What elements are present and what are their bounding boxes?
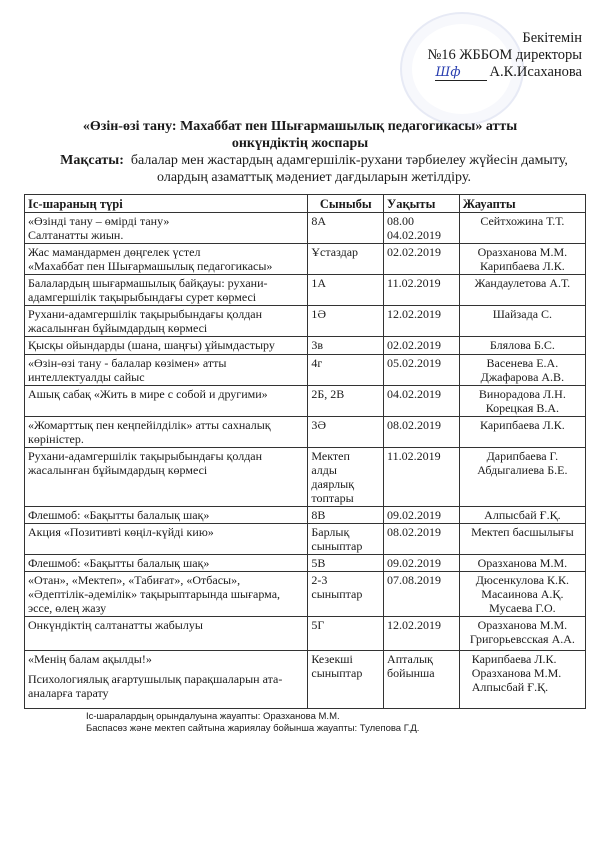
responsible-cell: Карипбаева Л.К.	[459, 417, 585, 448]
event-cell: «Отан», «Мектеп», «Табиғат», «Отбасы»,«Ә…	[25, 572, 308, 617]
table-row: Қысқы ойындарды (шана, шаңғы) ұйымдастыр…	[25, 337, 586, 355]
class-cell: 2Б, 2В	[308, 386, 384, 417]
class-cell: 4г	[308, 355, 384, 386]
signature: Шф	[435, 66, 487, 81]
table-body: «Өзінді тану – өмірді тану»Салтанатты жи…	[25, 213, 586, 709]
event-text: аналарға тарату	[28, 686, 304, 700]
director-name: А.К.Исаханова	[489, 64, 582, 80]
event-text: Балалардың шығармашылық байқауы: рухани-	[28, 276, 304, 290]
event-cell: Балалардың шығармашылық байқауы: рухани-…	[25, 275, 308, 306]
goal-statement: Мақсаты: балалар мен жастардың адамгерші…	[40, 152, 588, 186]
event-text: «Менің балам ақылды!»	[28, 652, 304, 666]
time-cell: Апталық бойынша	[384, 651, 460, 709]
event-text: Акция «Позитивті көңіл-күйді кию»	[28, 525, 304, 539]
time-cell: 07.08.2019	[384, 572, 460, 617]
time-cell: 08.02.2019	[384, 417, 460, 448]
table-row: «Өзінді тану – өмірді тану»Салтанатты жи…	[25, 213, 586, 244]
table-row: Ашық сабақ «Жить в мире с собой и другим…	[25, 386, 586, 417]
event-text: «Отан», «Мектеп», «Табиғат», «Отбасы»,	[28, 573, 304, 587]
plan-table: Іс-шараның түрі Сыныбы Уақыты Жауапты «Ө…	[24, 194, 586, 709]
event-cell: Онкүндіктің салтанатты жабылуы	[25, 617, 308, 651]
event-text: көріністер.	[28, 432, 304, 446]
table-row: «Өзін-өзі тану - балалар көзімен» аттыин…	[25, 355, 586, 386]
class-cell: Кезекші сыныптар	[308, 651, 384, 709]
title-line-1: «Өзін-өзі тану: Махаббат пен Шығармашылы…	[0, 118, 600, 135]
time-cell: 09.02.2019	[384, 555, 460, 572]
responsible-cell: Оразханова М.М. Григорьевсская А.А.	[459, 617, 585, 651]
header-class: Сыныбы	[308, 195, 384, 213]
time-cell: 02.02.2019	[384, 337, 460, 355]
responsible-cell: Дюсенкулова К.К. Масаинова А.Қ. Мусаева …	[459, 572, 585, 617]
header-time: Уақыты	[384, 195, 460, 213]
class-cell: 3Ә	[308, 417, 384, 448]
responsible-cell: Винорадова Л.Н. Корецкая В.А.	[459, 386, 585, 417]
approval-block: Бекітемін №16 ЖББОМ директоры ШфА.К.Исах…	[427, 30, 582, 81]
event-cell: Флешмоб: «Бақытты балалық шақ»	[25, 507, 308, 524]
class-cell: 8А	[308, 213, 384, 244]
time-cell: 11.02.2019	[384, 448, 460, 507]
class-cell: 3в	[308, 337, 384, 355]
event-text: Онкүндіктің салтанатты жабылуы	[28, 618, 304, 632]
class-cell: 2-3 сыныптар	[308, 572, 384, 617]
class-cell: Мектеп алды даярлық топтары	[308, 448, 384, 507]
class-cell: 1А	[308, 275, 384, 306]
event-cell: Рухани-адамгершілік тақырыбындағы қолдан…	[25, 306, 308, 337]
class-cell: Барлық сыныптар	[308, 524, 384, 555]
document-title: «Өзін-өзі тану: Махаббат пен Шығармашылы…	[0, 118, 600, 152]
responsible-cell: Карипбаева Л.К. Оразханова М.М. Алпысбай…	[459, 651, 585, 709]
responsible-cell: Оразханова М.М. Карипбаева Л.К.	[459, 244, 585, 275]
table-row: Рухани-адамгершілік тақырыбындағы қолдан…	[25, 448, 586, 507]
table-row: «Жомарттық пен кеңпейілділік» атты сахна…	[25, 417, 586, 448]
event-text: «Жомарттық пен кеңпейілділік» атты сахна…	[28, 418, 304, 432]
event-text: Флешмоб: «Бақытты балалық шақ»	[28, 556, 304, 570]
time-cell: 05.02.2019	[384, 355, 460, 386]
event-cell: «Менің балам ақылды!»Психологиялық ағарт…	[25, 651, 308, 709]
class-cell: Ұстаздар	[308, 244, 384, 275]
event-text: адамгершілік тақырыбындағы сурет көрмесі	[28, 290, 304, 304]
event-cell: «Өзін-өзі тану - балалар көзімен» аттыин…	[25, 355, 308, 386]
event-text: «Өзін-өзі тану - балалар көзімен» атты	[28, 356, 304, 370]
event-cell: Рухани-адамгершілік тақырыбындағы қолдан…	[25, 448, 308, 507]
event-text: эссе, өлең жазу	[28, 601, 304, 615]
event-text: Ашық сабақ «Жить в мире с собой и другим…	[28, 387, 304, 401]
approval-position: №16 ЖББОМ директоры	[427, 47, 582, 64]
event-text: Рухани-адамгершілік тақырыбындағы қолдан	[28, 449, 304, 463]
table-row: Флешмоб: «Бақытты балалық шақ»5В09.02.20…	[25, 555, 586, 572]
event-cell: Акция «Позитивті көңіл-күйді кию»	[25, 524, 308, 555]
goal-line-2: олардың азаматтық мәдениет дағдыларын же…	[40, 169, 588, 186]
time-cell: 12.02.2019	[384, 306, 460, 337]
event-text: Рухани-адамгершілік тақырыбындағы қолдан	[28, 307, 304, 321]
event-text: Жас мамандармен дөңгелек үстел	[28, 245, 304, 259]
responsible-cell: Жандаулетова А.Т.	[459, 275, 585, 306]
event-text: жасалынған бұйымдардың көрмесі	[28, 463, 304, 477]
event-text: Психологиялық ағартушылық парақшаларын а…	[28, 672, 304, 686]
responsible-cell: Алпысбай Ғ.Қ.	[459, 507, 585, 524]
approval-label: Бекітемін	[427, 30, 582, 47]
time-cell: 04.02.2019	[384, 386, 460, 417]
footer-line-2: Баспасөз және мектеп сайтына жариялау бо…	[86, 723, 419, 735]
event-text: жасалынған бұйымдардың көрмесі	[28, 321, 304, 335]
time-cell: 08.02.2019	[384, 524, 460, 555]
responsible-cell: Васенева Е.А. Джафарова А.В.	[459, 355, 585, 386]
class-cell: 5Г	[308, 617, 384, 651]
responsible-cell: Блялова Б.С.	[459, 337, 585, 355]
responsible-cell: Дарипбаева Г. Абдыгалиева Б.Е.	[459, 448, 585, 507]
table-row: Флешмоб: «Бақытты балалық шақ»8В09.02.20…	[25, 507, 586, 524]
table-row: Рухани-адамгершілік тақырыбындағы қолдан…	[25, 306, 586, 337]
time-cell: 12.02.2019	[384, 617, 460, 651]
time-cell: 02.02.2019	[384, 244, 460, 275]
event-text: Салтанатты жиын.	[28, 228, 304, 242]
class-cell: 1Ә	[308, 306, 384, 337]
table-row: Онкүндіктің салтанатты жабылуы5Г12.02.20…	[25, 617, 586, 651]
class-cell: 8В	[308, 507, 384, 524]
time-cell: 11.02.2019	[384, 275, 460, 306]
event-text: «Өзінді тану – өмірді тану»	[28, 214, 304, 228]
table-row: Жас мамандармен дөңгелек үстел«Махаббат …	[25, 244, 586, 275]
responsible-cell: Шайзада С.	[459, 306, 585, 337]
goal-line-1: балалар мен жастардың адамгершілік-рухан…	[131, 153, 568, 168]
time-cell: 08.00 04.02.2019	[384, 213, 460, 244]
table-row: «Менің балам ақылды!»Психологиялық ағарт…	[25, 651, 586, 709]
signature-line: ШфА.К.Исаханова	[435, 64, 582, 81]
responsible-cell: Оразханова М.М.	[459, 555, 585, 572]
event-cell: Қысқы ойындарды (шана, шаңғы) ұйымдастыр…	[25, 337, 308, 355]
class-cell: 5В	[308, 555, 384, 572]
footer-line-1: Іс-шаралардың орындалуына жауапты: Оразх…	[86, 711, 419, 723]
event-text: интеллектуалды сайыс	[28, 370, 304, 384]
event-cell: Флешмоб: «Бақытты балалық шақ»	[25, 555, 308, 572]
event-text: «Махаббат пен Шығармашылық педагогикасы»	[28, 259, 304, 273]
footer-notes: Іс-шаралардың орындалуына жауапты: Оразх…	[86, 711, 419, 735]
event-cell: Ашық сабақ «Жить в мире с собой и другим…	[25, 386, 308, 417]
event-text: Флешмоб: «Бақытты балалық шақ»	[28, 508, 304, 522]
event-cell: Жас мамандармен дөңгелек үстел«Махаббат …	[25, 244, 308, 275]
event-text: «Әдептілік-әдемілік» тақырыптарында шыға…	[28, 587, 304, 601]
title-line-2: онкүндіктің жоспары	[0, 135, 600, 152]
table-row: Акция «Позитивті көңіл-күйді кию»Барлық …	[25, 524, 586, 555]
header-event-type: Іс-шараның түрі	[25, 195, 308, 213]
goal-label: Мақсаты:	[60, 153, 124, 168]
time-cell: 09.02.2019	[384, 507, 460, 524]
event-cell: «Өзінді тану – өмірді тану»Салтанатты жи…	[25, 213, 308, 244]
event-text: Қысқы ойындарды (шана, шаңғы) ұйымдастыр…	[28, 338, 304, 352]
table-row: «Отан», «Мектеп», «Табиғат», «Отбасы»,«Ә…	[25, 572, 586, 617]
table-header-row: Іс-шараның түрі Сыныбы Уақыты Жауапты	[25, 195, 586, 213]
event-cell: «Жомарттық пен кеңпейілділік» атты сахна…	[25, 417, 308, 448]
responsible-cell: Мектеп басшылығы	[459, 524, 585, 555]
table-row: Балалардың шығармашылық байқауы: рухани-…	[25, 275, 586, 306]
responsible-cell: Сейтхожина Т.Т.	[459, 213, 585, 244]
header-responsible: Жауапты	[459, 195, 585, 213]
